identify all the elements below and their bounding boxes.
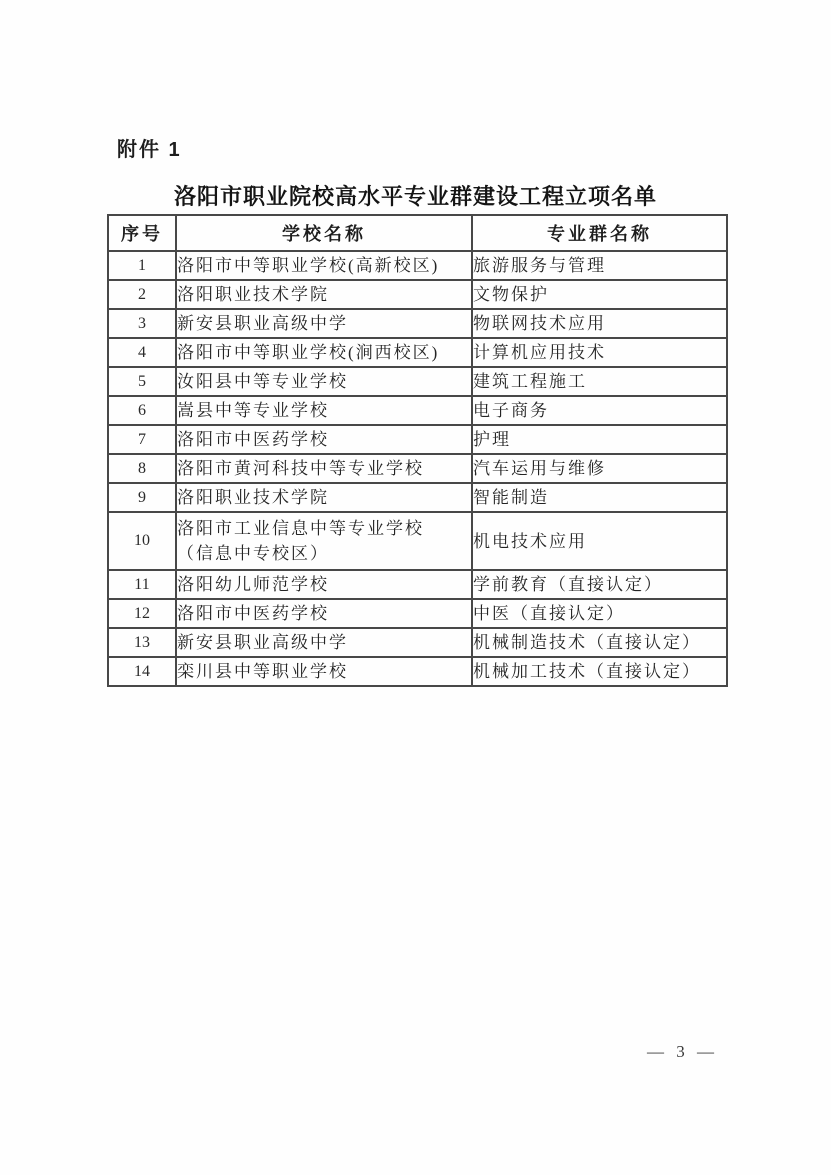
cell-no: 14 (108, 657, 176, 686)
cell-group: 文物保护 (472, 280, 727, 309)
table-row: 11 洛阳幼儿师范学校 学前教育（直接认定） (108, 570, 727, 599)
cell-no: 1 (108, 251, 176, 280)
school-name-line1: 洛阳市工业信息中等专业学校 (177, 516, 471, 541)
cell-group: 护理 (472, 425, 727, 454)
col-header-school: 学校名称 (176, 215, 472, 251)
cell-group: 汽车运用与维修 (472, 454, 727, 483)
table-row: 12 洛阳市中医药学校 中医（直接认定） (108, 599, 727, 628)
cell-school: 洛阳市中等职业学校(高新校区) (176, 251, 472, 280)
table-row: 8 洛阳市黄河科技中等专业学校 汽车运用与维修 (108, 454, 727, 483)
table-row: 2 洛阳职业技术学院 文物保护 (108, 280, 727, 309)
cell-school: 洛阳市中医药学校 (176, 425, 472, 454)
cell-school: 嵩县中等专业学校 (176, 396, 472, 425)
attachment-label: 附件 1 (117, 133, 182, 162)
cell-no: 10 (108, 512, 176, 570)
cell-no: 13 (108, 628, 176, 657)
table-row: 10 洛阳市工业信息中等专业学校 （信息中专校区） 机电技术应用 (108, 512, 727, 570)
cell-school: 洛阳市中等职业学校(涧西校区) (176, 338, 472, 367)
cell-no: 7 (108, 425, 176, 454)
cell-no: 8 (108, 454, 176, 483)
cell-group: 智能制造 (472, 483, 727, 512)
table-row: 9 洛阳职业技术学院 智能制造 (108, 483, 727, 512)
cell-school: 栾川县中等职业学校 (176, 657, 472, 686)
cell-group: 电子商务 (472, 396, 727, 425)
table-row: 6 嵩县中等专业学校 电子商务 (108, 396, 727, 425)
cell-group: 旅游服务与管理 (472, 251, 727, 280)
cell-school: 洛阳市黄河科技中等专业学校 (176, 454, 472, 483)
cell-no: 4 (108, 338, 176, 367)
cell-school: 洛阳职业技术学院 (176, 280, 472, 309)
cell-no: 9 (108, 483, 176, 512)
cell-school: 洛阳职业技术学院 (176, 483, 472, 512)
page-number: — 3 — (0, 1042, 718, 1062)
cell-group: 学前教育（直接认定） (472, 570, 727, 599)
table-row: 13 新安县职业高级中学 机械制造技术（直接认定） (108, 628, 727, 657)
cell-school: 洛阳幼儿师范学校 (176, 570, 472, 599)
cell-no: 2 (108, 280, 176, 309)
cell-no: 5 (108, 367, 176, 396)
cell-group: 机电技术应用 (472, 512, 727, 570)
cell-school: 新安县职业高级中学 (176, 628, 472, 657)
table-body: 1 洛阳市中等职业学校(高新校区) 旅游服务与管理 2 洛阳职业技术学院 文物保… (108, 251, 727, 686)
cell-no: 3 (108, 309, 176, 338)
table-row: 5 汝阳县中等专业学校 建筑工程施工 (108, 367, 727, 396)
cell-group: 机械加工技术（直接认定） (472, 657, 727, 686)
col-header-no: 序号 (108, 215, 176, 251)
cell-no: 11 (108, 570, 176, 599)
cell-group: 中医（直接认定） (472, 599, 727, 628)
cell-school: 新安县职业高级中学 (176, 309, 472, 338)
school-name-line2: （信息中专校区） (177, 541, 471, 566)
cell-group: 物联网技术应用 (472, 309, 727, 338)
table-row: 7 洛阳市中医药学校 护理 (108, 425, 727, 454)
document-page: 附件 1 洛阳市职业院校高水平专业群建设工程立项名单 序号 学校名称 专业群名称… (0, 0, 831, 1175)
cell-school: 汝阳县中等专业学校 (176, 367, 472, 396)
cell-no: 6 (108, 396, 176, 425)
cell-school: 洛阳市中医药学校 (176, 599, 472, 628)
cell-group: 建筑工程施工 (472, 367, 727, 396)
table-row: 14 栾川县中等职业学校 机械加工技术（直接认定） (108, 657, 727, 686)
cell-school: 洛阳市工业信息中等专业学校 （信息中专校区） (176, 512, 472, 570)
cell-group: 计算机应用技术 (472, 338, 727, 367)
table-row: 3 新安县职业高级中学 物联网技术应用 (108, 309, 727, 338)
table-header: 序号 学校名称 专业群名称 (108, 215, 727, 251)
header-row: 序号 学校名称 专业群名称 (108, 215, 727, 251)
table-row: 1 洛阳市中等职业学校(高新校区) 旅游服务与管理 (108, 251, 727, 280)
col-header-group: 专业群名称 (472, 215, 727, 251)
page-title: 洛阳市职业院校高水平专业群建设工程立项名单 (0, 180, 831, 211)
cell-no: 12 (108, 599, 176, 628)
project-approval-table: 序号 学校名称 专业群名称 1 洛阳市中等职业学校(高新校区) 旅游服务与管理 … (107, 214, 728, 687)
table-row: 4 洛阳市中等职业学校(涧西校区) 计算机应用技术 (108, 338, 727, 367)
cell-group: 机械制造技术（直接认定） (472, 628, 727, 657)
